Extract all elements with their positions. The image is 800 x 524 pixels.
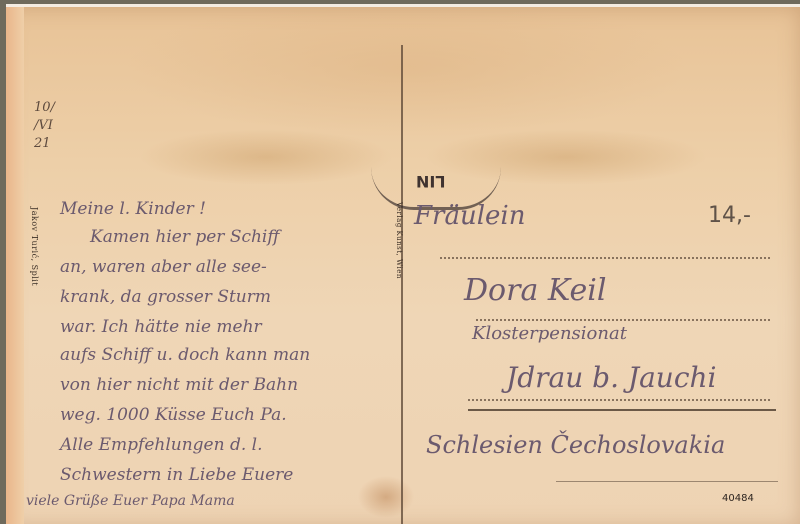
- card-edge: [6, 7, 24, 524]
- message-line: an, waren aber alle see-: [60, 257, 267, 277]
- message-line: aufs Schiff u. doch kann man: [60, 345, 310, 365]
- postmark-text: LIN: [416, 172, 446, 191]
- address-solid-line: [468, 409, 776, 411]
- address-dotted-line: [468, 399, 770, 401]
- message-line: Kamen hier per Schiff: [90, 227, 279, 247]
- message-line: Meine l. Kinder !: [60, 199, 206, 219]
- address-name: Dora Keil: [464, 273, 606, 308]
- address-dotted-line: [476, 319, 770, 321]
- printer-imprint: Verlag Kunst, Wien: [395, 202, 403, 279]
- address-underline: [556, 481, 778, 482]
- price-note: 14,-: [708, 203, 751, 228]
- message-line: Alle Empfehlungen d. l.: [60, 435, 263, 455]
- message-line: weg. 1000 Küsse Euch Pa.: [60, 405, 287, 425]
- address-region: Schlesien Čechoslovakia: [426, 431, 725, 459]
- publisher-imprint: Jakov Turić, Split: [30, 207, 39, 286]
- address-salutation: Fräulein: [414, 201, 525, 231]
- message-line: viele Grüße Euer Papa Mama: [26, 493, 235, 509]
- message-line: Schwestern in Liebe Euere: [60, 465, 293, 485]
- date-note: 10/ /VI 21: [34, 99, 55, 153]
- address-town: Jdrau b. Jauchi: [506, 361, 717, 394]
- address-institution: Klosterpensionat: [472, 323, 627, 344]
- message-line: krank, da grosser Sturm: [60, 287, 271, 307]
- message-line: von hier nicht mit der Bahn: [60, 375, 298, 395]
- address-dotted-line: [440, 257, 770, 259]
- postcard-back: 10/ /VI 21 Jakov Turić, Split Verlag Kun…: [6, 4, 800, 524]
- message-line: war. Ich hätte nie mehr: [60, 317, 262, 337]
- card-number: 40484: [722, 493, 754, 504]
- center-divider: [401, 45, 403, 524]
